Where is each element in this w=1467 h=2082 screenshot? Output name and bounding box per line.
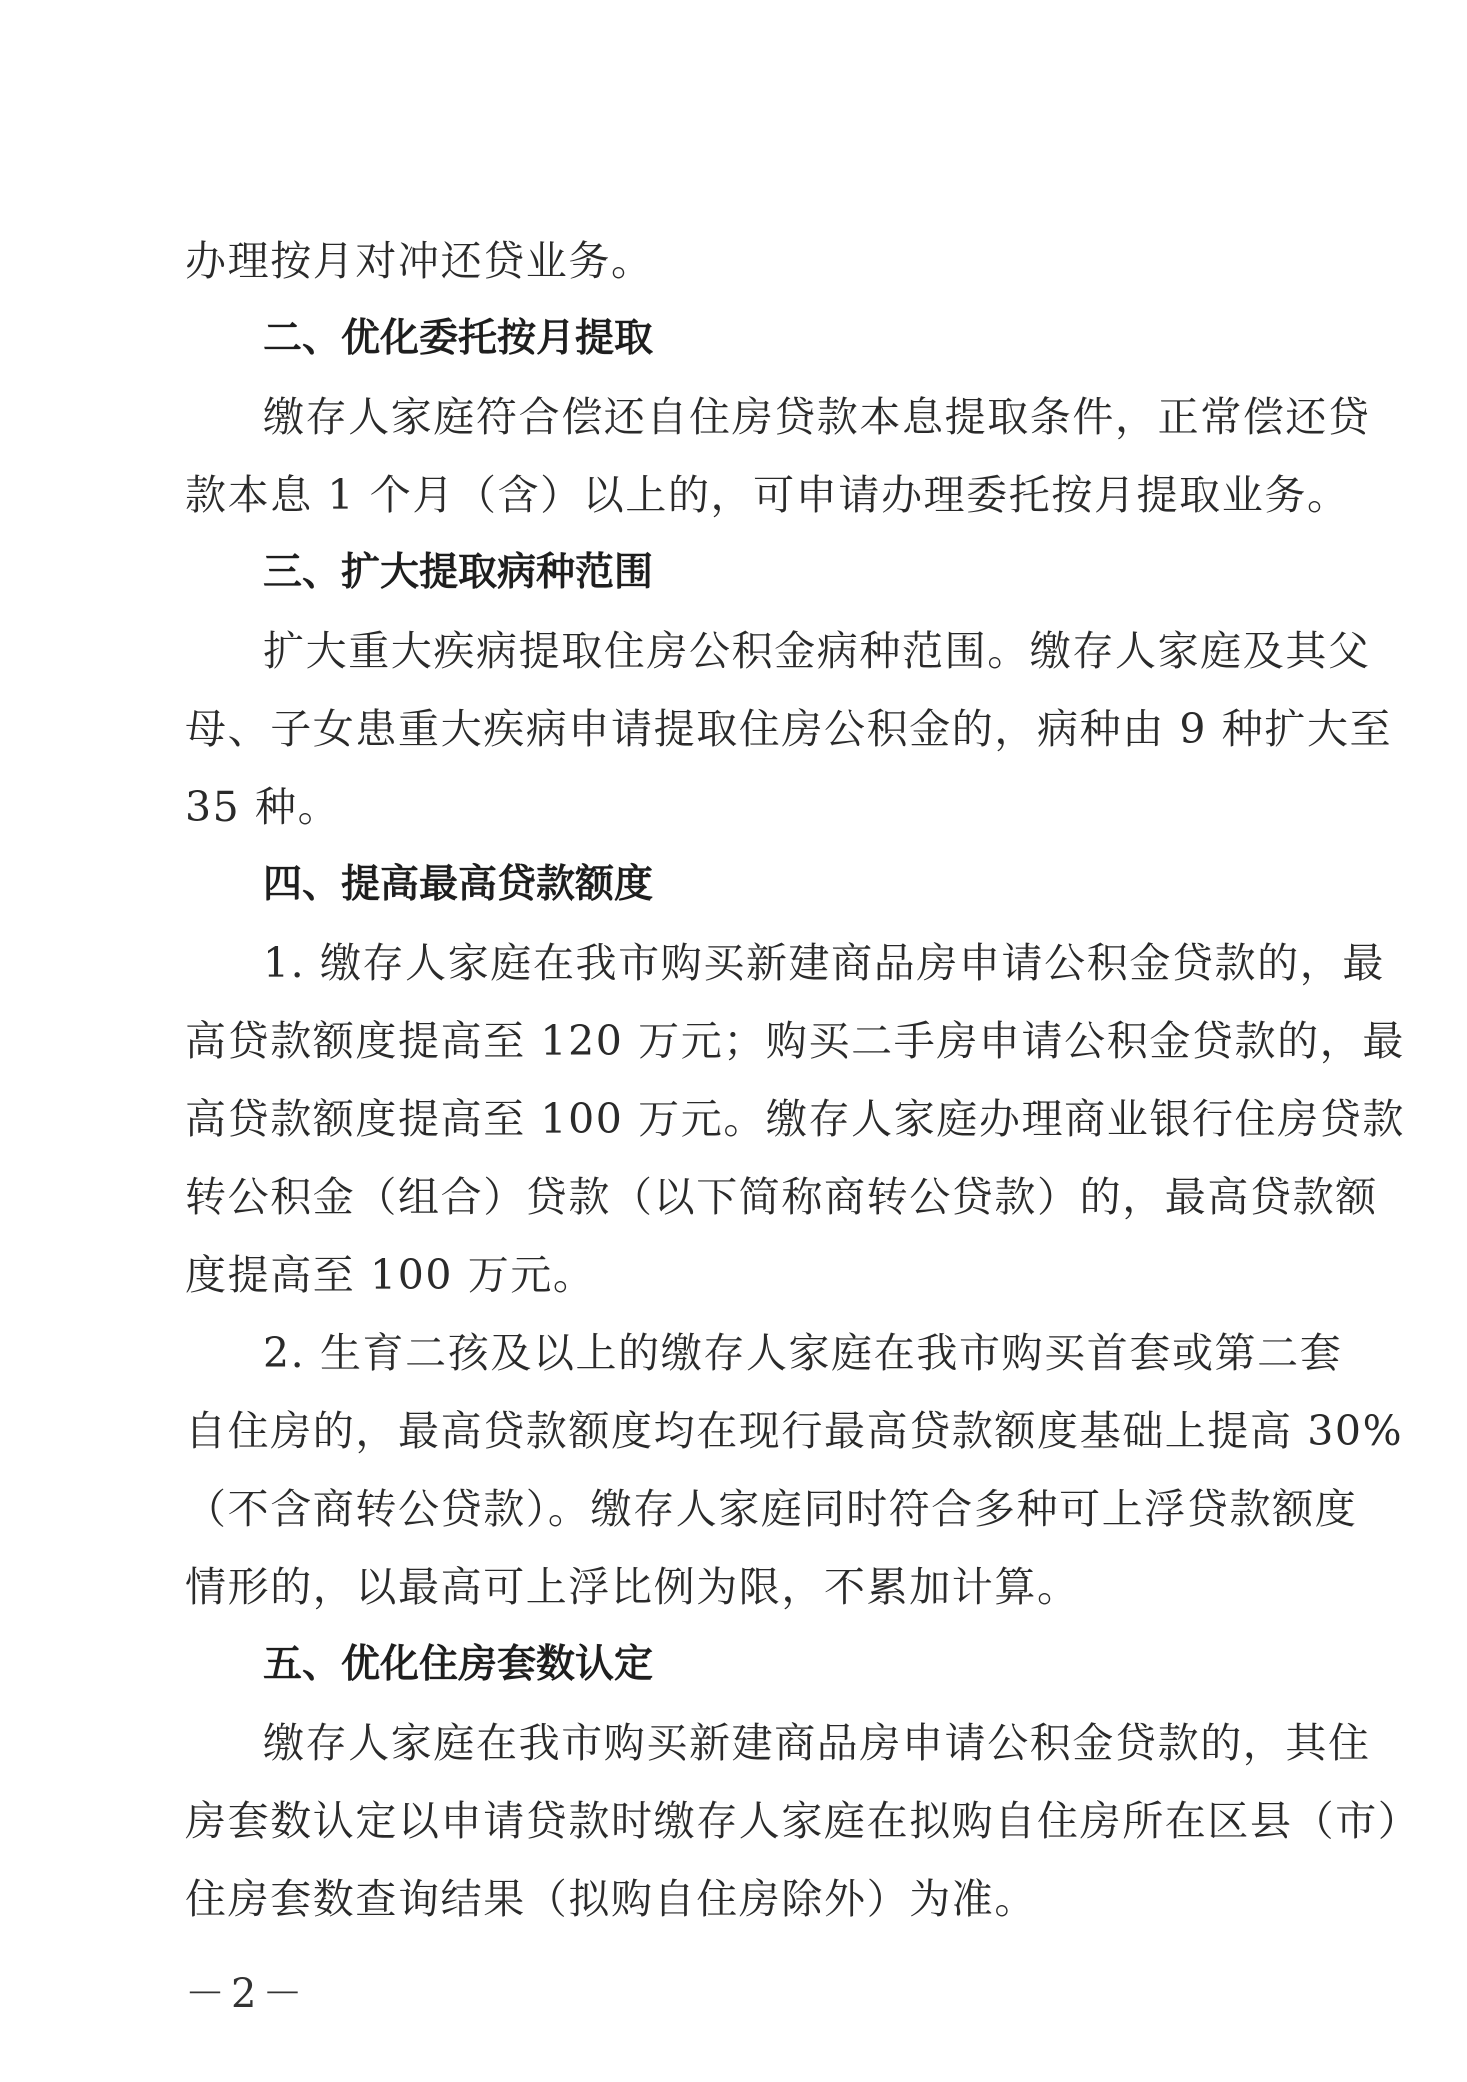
section-heading-5: 五、优化住房套数认定 (185, 1626, 1287, 1704)
paragraph-line: 母、子女患重大疾病申请提取住房公积金的，病种由 9 种扩大至 (185, 690, 1287, 768)
paragraph-line: 房套数认定以申请贷款时缴存人家庭在拟购自住房所在区县（市） (185, 1782, 1287, 1860)
page-number: －2－ (185, 1962, 308, 2019)
paragraph-line: 缴存人家庭符合偿还自住房贷款本息提取条件，正常偿还贷 (185, 378, 1287, 456)
paragraph-line: 办理按月对冲还贷业务。 (185, 222, 1287, 300)
paragraph-line: 高贷款额度提高至 120 万元；购买二手房申请公积金贷款的，最 (185, 1002, 1287, 1080)
section-heading-3: 三、扩大提取病种范围 (185, 534, 1287, 612)
paragraph-line: 自住房的，最高贷款额度均在现行最高贷款额度基础上提高 30% (185, 1392, 1287, 1470)
paragraph-line: 住房套数查询结果（拟购自住房除外）为准。 (185, 1860, 1287, 1938)
document-page: 办理按月对冲还贷业务。 二、优化委托按月提取 缴存人家庭符合偿还自住房贷款本息提… (185, 222, 1287, 1938)
paragraph-line: 缴存人家庭在我市购买新建商品房申请公积金贷款的，其住 (185, 1704, 1287, 1782)
paragraph-line: 扩大重大疾病提取住房公积金病种范围。缴存人家庭及其父 (185, 612, 1287, 690)
paragraph-line: 1. 缴存人家庭在我市购买新建商品房申请公积金贷款的，最 (185, 924, 1287, 1002)
paragraph-line: 2. 生育二孩及以上的缴存人家庭在我市购买首套或第二套 (185, 1314, 1287, 1392)
paragraph-line: 款本息 1 个月（含）以上的，可申请办理委托按月提取业务。 (185, 456, 1287, 534)
section-heading-4: 四、提高最高贷款额度 (185, 846, 1287, 924)
paragraph-line: 度提高至 100 万元。 (185, 1236, 1287, 1314)
paragraph-line: 35 种。 (185, 768, 1287, 846)
section-heading-2: 二、优化委托按月提取 (185, 300, 1287, 378)
paragraph-line: 转公积金（组合）贷款（以下简称商转公贷款）的，最高贷款额 (185, 1158, 1287, 1236)
paragraph-line: （不含商转公贷款）。缴存人家庭同时符合多种可上浮贷款额度 (185, 1470, 1287, 1548)
paragraph-line: 高贷款额度提高至 100 万元。缴存人家庭办理商业银行住房贷款 (185, 1080, 1287, 1158)
paragraph-line: 情形的，以最高可上浮比例为限，不累加计算。 (185, 1548, 1287, 1626)
